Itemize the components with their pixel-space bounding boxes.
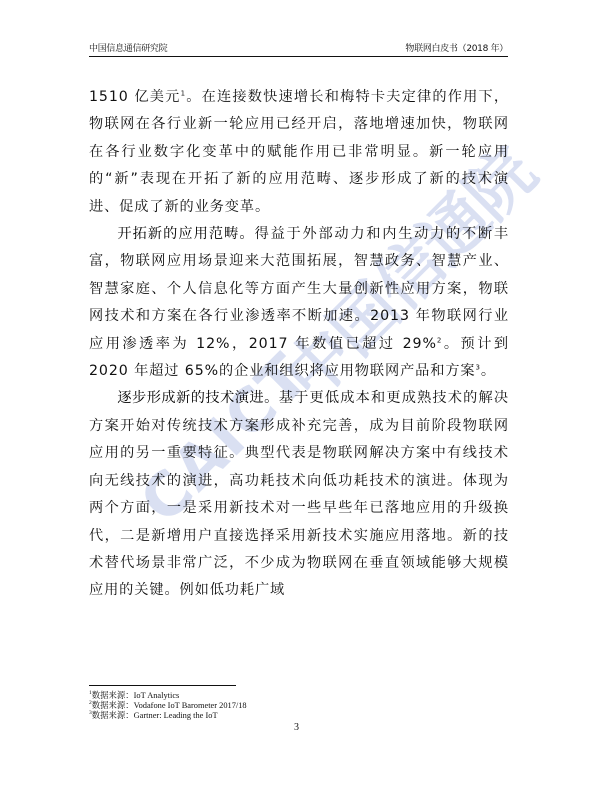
paragraph-intro: 1510 亿美元1。在连接数快速增长和梅特卡夫定律的作用下，物联网在各行业新一轮… xyxy=(89,84,509,221)
document-page: 中国信息通信研究院 物联网白皮书（2018 年） CAICT 中国信通院 151… xyxy=(0,0,596,808)
footnote-3: 3数据来源：Gartner: Leading the IoT xyxy=(89,711,247,721)
text-segment: 1510 亿美元 xyxy=(89,89,181,105)
paragraph-lead-heading: 开拓新的应用范畴。 xyxy=(117,226,254,242)
footnote-source: IoT Analytics xyxy=(134,691,180,700)
footnote-separator xyxy=(89,685,236,686)
running-header: 中国信息通信研究院 物联网白皮书（2018 年） xyxy=(89,44,508,57)
paragraph-lead-heading: 逐步形成新的技术演进。 xyxy=(117,390,278,406)
footnotes: 1数据来源：IoT Analytics 2数据来源：Vodafone IoT B… xyxy=(89,691,247,721)
text-segment: 。在连接数快速增长和梅特卡夫定律的作用下，物联网在各行业新一轮应用已经开启，落地… xyxy=(89,89,509,215)
footnote-label: 数据来源： xyxy=(92,691,134,700)
text-segment: 。 xyxy=(481,363,496,379)
footnote-2: 2数据来源：Vodafone IoT Barometer 2017/18 xyxy=(89,701,247,711)
footnote-1: 1数据来源：IoT Analytics xyxy=(89,691,247,701)
page-number: 3 xyxy=(294,722,299,733)
body-text: 1510 亿美元1。在连接数快速增长和梅特卡夫定律的作用下，物联网在各行业新一轮… xyxy=(89,84,509,605)
text-segment: 得益于外部动力和内生动力的不断丰富，物联网应用场景迎来大范围拓展，智慧政务、智慧… xyxy=(89,226,509,352)
footnote-source: Vodafone IoT Barometer 2017/18 xyxy=(134,701,247,710)
footnote-label: 数据来源： xyxy=(92,701,134,710)
header-document-title: 物联网白皮书（2018 年） xyxy=(405,44,508,55)
footnote-label: 数据来源： xyxy=(92,711,134,720)
paragraph-technology-evolution: 逐步形成新的技术演进。基于更低成本和更成熟技术的解决方案开始对传统技术方案形成补… xyxy=(89,385,509,604)
header-organization: 中国信息通信研究院 xyxy=(89,44,167,55)
paragraph-new-application-scope: 开拓新的应用范畴。得益于外部动力和内生动力的不断丰富，物联网应用场景迎来大范围拓… xyxy=(89,221,509,385)
text-segment: 基于更低成本和更成熟技术的解决方案开始对传统技术方案形成补充完善，成为目前阶段物… xyxy=(89,390,509,598)
footnote-source: Gartner: Leading the IoT xyxy=(134,711,218,720)
